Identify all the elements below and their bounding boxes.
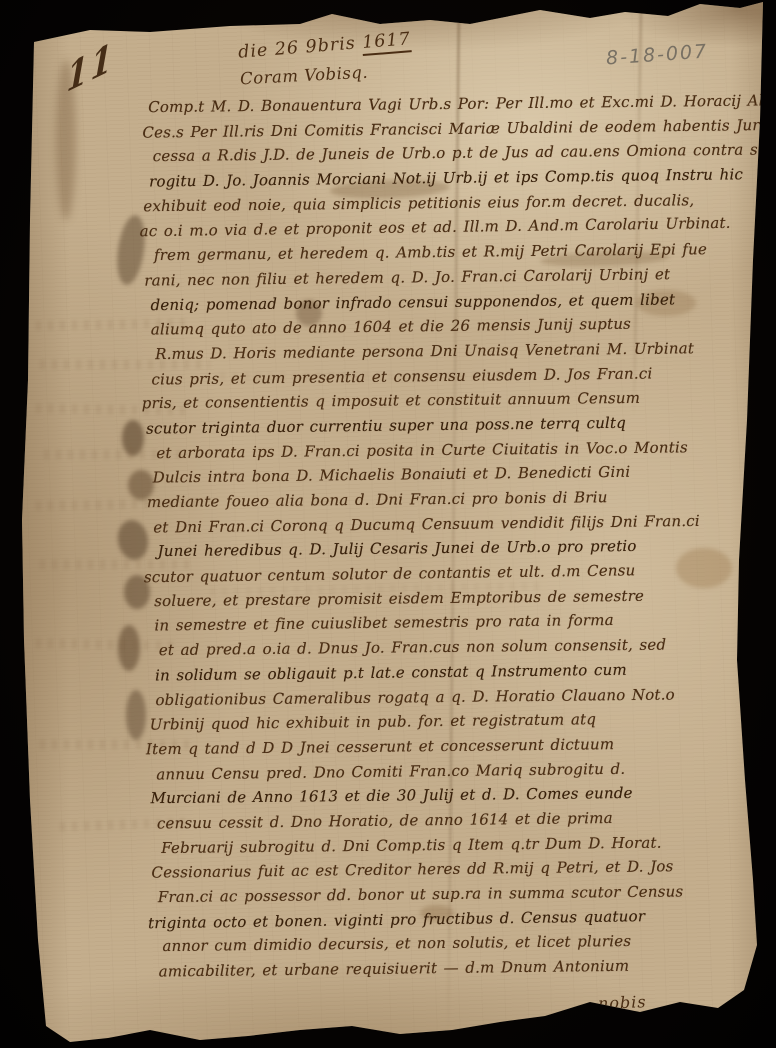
date-heading: die 26 9bris 1617 (237, 29, 411, 63)
salutation: Coram Vobisq. (240, 63, 369, 89)
date-heading-prefix: die 26 9bris (237, 34, 356, 63)
date-heading-year: 1617 (362, 29, 412, 56)
catchword: nobis (598, 992, 647, 1013)
archival-number-pencil: 8-18-007 (605, 40, 709, 69)
manuscript-page: 11 8-18-007 die 26 9bris 1617 Coram Vobi… (0, 0, 776, 1048)
manuscript-body: Comp.t M. D. Bonauentura Vagi Urb.s Por:… (112, 88, 776, 985)
folio-mark: 11 (66, 34, 116, 103)
photograph-background: 11 8-18-007 die 26 9bris 1617 Coram Vobi… (0, 0, 776, 1048)
